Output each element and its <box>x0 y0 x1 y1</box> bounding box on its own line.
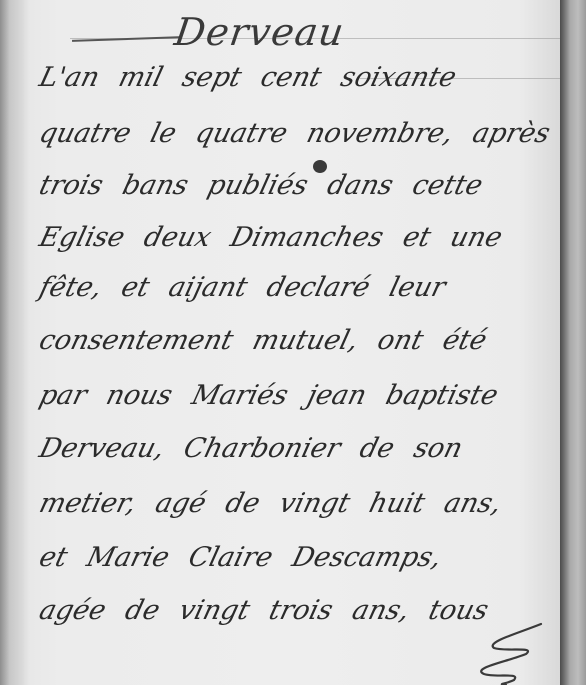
text-line-5: fête, et aijant declaré leur <box>36 272 449 303</box>
manuscript-scan: Derveau L'an mil sept cent soixante quat… <box>0 0 586 685</box>
heading-flourish <box>72 36 182 42</box>
text-line-1: L'an mil sept cent soixante <box>36 62 459 93</box>
binding-edge-right <box>560 0 586 685</box>
text-line-3: trois bans publiés dans cette <box>36 170 486 201</box>
page-edge-left <box>0 0 24 685</box>
closing-flourish-icon <box>466 620 546 685</box>
text-line-4: Eglise deux Dimanches et une <box>36 222 505 253</box>
text-line-10: et Marie Claire Descamps, <box>36 542 445 573</box>
text-line-2: quatre le quatre novembre, après <box>36 118 553 149</box>
ink-blot <box>313 160 327 173</box>
text-line-7: par nous Mariés jean baptiste <box>36 380 501 411</box>
record-heading-surname: Derveau <box>172 10 347 54</box>
text-line-6: consentement mutuel, ont été <box>36 325 490 356</box>
text-line-8: Derveau, Charbonier de son <box>36 433 466 464</box>
text-line-11: agée de vingt trois ans, tous <box>36 595 491 626</box>
text-line-9: metier, agé de vingt huit ans, <box>36 488 504 519</box>
